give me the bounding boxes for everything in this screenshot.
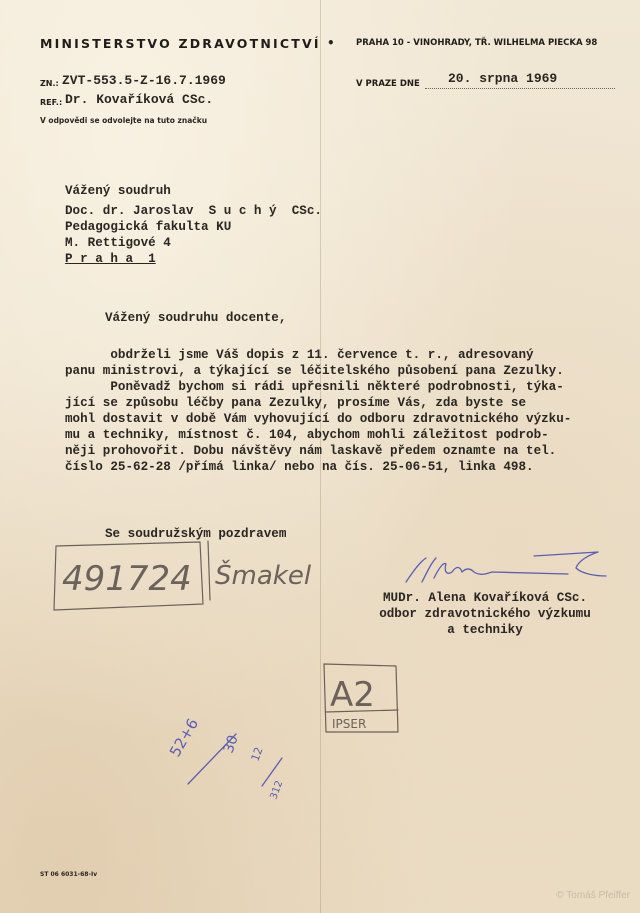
letter-date: 20. srpna 1969	[448, 71, 557, 86]
referent-name: Dr. Kovaříková CSc.	[65, 92, 213, 107]
letter-body-line: mohl dostavit v době Vám vyhovující do o…	[65, 411, 571, 427]
blue-numeric-notes: 52+6 30 12 312	[170, 710, 310, 800]
signatory-department: odbor zdravotnického výzkumu	[350, 606, 620, 622]
referent-label: REF.:	[40, 98, 62, 107]
letter-body-line: mu a techniky, místnost č. 104, abychom …	[65, 427, 571, 443]
archive-box-annotation: A2 IPSER	[320, 660, 404, 740]
reference-number: ZVT-553.5-Z-16.7.1969	[62, 73, 226, 88]
reference-note: V odpovědi se odvolejte na tuto značku	[40, 116, 207, 125]
letter-body-line: panu ministrovi, a týkající se léčitelsk…	[65, 363, 571, 379]
blue-note-3: 12	[249, 745, 266, 763]
archive-box-main: A2	[330, 675, 375, 715]
signatory-name: MUDr. Alena Kovaříková CSc.	[350, 590, 620, 606]
letter-greeting: Vážený soudruhu docente,	[105, 310, 286, 326]
date-dotted-line	[425, 88, 615, 89]
recipient-name: Doc. dr. Jaroslav S u c h ý CSc.	[65, 203, 322, 219]
ministry-name: MINISTERSTVO ZDRAVOTNICTVÍ	[40, 36, 321, 51]
recipient-faculty: Pedagogická fakulta KU	[65, 219, 322, 235]
recipient-city: P r a h a 1	[65, 251, 171, 267]
reference-number-label: ZN.:	[40, 79, 59, 88]
signature-block: MUDr. Alena Kovaříková CSc.odbor zdravot…	[350, 590, 620, 638]
recipient-salutation: Vážený soudruh	[65, 184, 171, 198]
signatory-department-cont: a techniky	[350, 622, 620, 638]
letter-body-line: něji prohovořit. Dobu návštěvy nám laska…	[65, 443, 571, 459]
letter-body-line: jící se způsobu léčby pana Zezulky, pros…	[65, 395, 571, 411]
letter-body-line: číslo 25-62-28 /přímá linka/ nebo na čís…	[65, 459, 571, 475]
copyright-watermark: © Tomáš Pfeiffer	[556, 890, 630, 901]
letter-body: obdrželi jsme Váš dopis z 11. července t…	[65, 347, 571, 475]
pencil-annotation-boxed-number: 491724 Šmakel	[50, 538, 320, 618]
recipient-street-block: M. Rettigové 4P r a h a 1	[65, 235, 171, 267]
date-label: V PRAZE DNE	[356, 79, 420, 89]
print-code: ST 06 6031-68-Iv	[40, 871, 97, 878]
recipient-street: M. Rettigové 4	[65, 235, 171, 251]
blue-note-2: 30	[221, 733, 242, 755]
ministry-address: PRAHA 10 - VINOHRADY, TŘ. WILHELMA PIECK…	[356, 38, 597, 48]
letter-body-line: Poněvadž bychom si rádi upřesnili někter…	[65, 379, 571, 395]
letter-body-line: obdrželi jsme Váš dopis z 11. července t…	[65, 347, 571, 363]
recipient-address: Vážený soudruh	[65, 183, 171, 199]
signature-scribble	[400, 548, 620, 588]
boxed-number: 491724	[62, 559, 192, 599]
handwritten-name: Šmakel	[215, 559, 312, 591]
letterhead-separator: •	[327, 36, 335, 50]
blue-note-1: 52+6	[166, 715, 202, 760]
recipient-name-block: Doc. dr. Jaroslav S u c h ý CSc.Pedagogi…	[65, 203, 322, 235]
archive-box-sub: IPSER	[332, 717, 366, 731]
blue-note-4: 312	[268, 779, 285, 801]
